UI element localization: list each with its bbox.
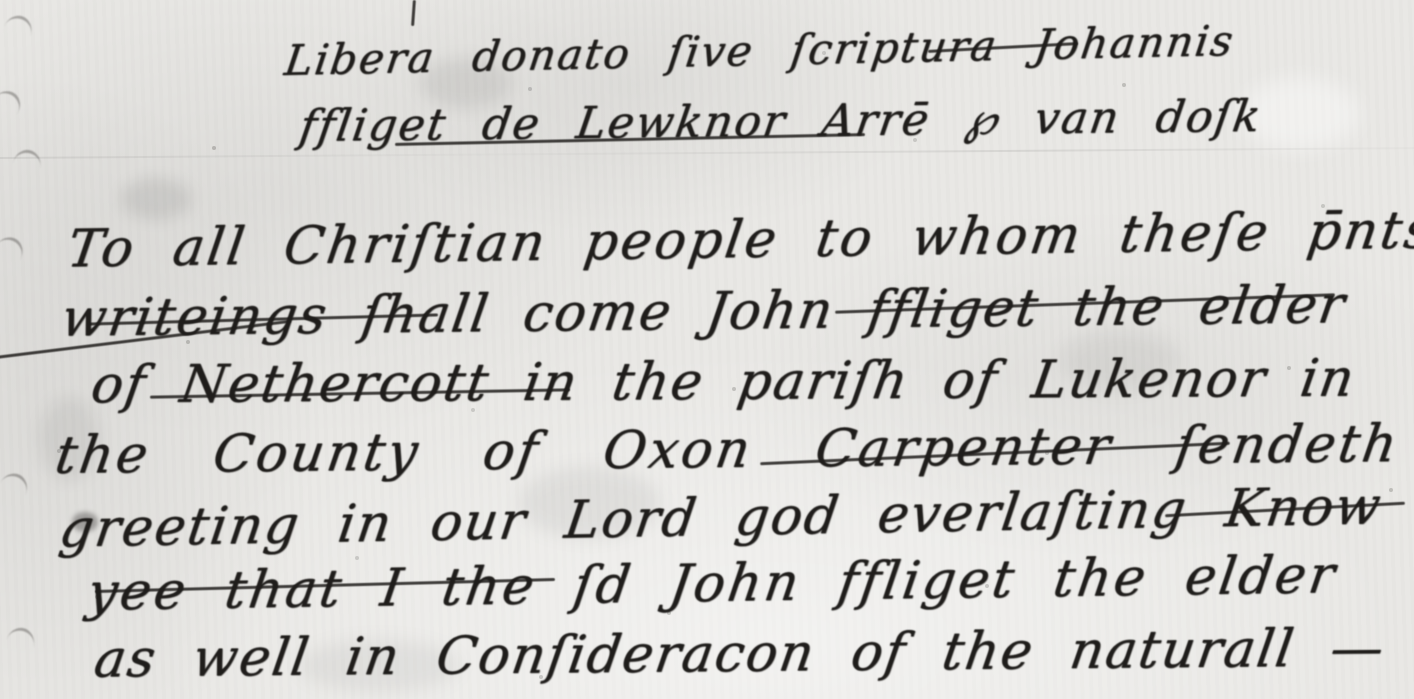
body-text: To all Chriſtian people to whom theſe p̄… — [64, 204, 1414, 275]
pen-stroke — [411, 0, 416, 26]
margin-pen-mark — [0, 85, 26, 114]
body-text: as well in Conſideracon of the naturall … — [91, 622, 1389, 685]
heading-text: ffliget de Lewknor Arrē ℘ van doſk — [297, 95, 1265, 149]
body-text: of Nethercott in the pariſh of Lukenor i… — [88, 353, 1359, 412]
margin-pen-mark — [13, 148, 43, 169]
body-line-4: the County of Oxon Carpenter ſendeth — [56, 418, 1400, 482]
paper-speckles — [0, 0, 2, 2]
latin-heading-line-1: Libera donato ſive ſcriptura Johannis — [285, 20, 1235, 82]
body-line-3: of Nethercott in the pariſh of Lukenor i… — [92, 353, 1355, 412]
latin-heading-line-2: ffliget de Lewknor Arrē ℘ van doſk — [300, 95, 1262, 149]
body-text: writeings ſhall come John ffliget the el… — [58, 279, 1349, 345]
paper-fold-line — [0, 147, 1414, 159]
manuscript-page: Libera donato ſive ſcriptura Johannis ff… — [0, 0, 1414, 699]
body-line-6: yee that I the ſd John ffliget the elder — [88, 549, 1338, 618]
heading-text: Libera donato ſive ſcriptura Johannis — [282, 20, 1237, 82]
body-line-5: greeting in our Lord god everlaſting Kno… — [60, 480, 1383, 555]
body-text: the County of Oxon Carpenter ſendeth — [52, 418, 1403, 482]
margin-pen-mark — [0, 232, 28, 260]
body-line-2: writeings ſhall come John ffliget the el… — [62, 279, 1346, 344]
margin-pen-mark — [0, 469, 32, 495]
body-line-1: To all Chriſtian people to whom theſe p̄… — [68, 204, 1414, 275]
paper-stain — [120, 178, 192, 220]
body-text: greeting in our Lord god everlaſting Kno… — [56, 480, 1385, 555]
margin-pen-mark — [6, 625, 37, 648]
body-line-7: as well in Conſideracon of the naturall … — [95, 622, 1385, 685]
body-text: yee that I the ſd John ffliget the elder — [84, 549, 1340, 619]
margin-pen-mark — [4, 12, 36, 37]
